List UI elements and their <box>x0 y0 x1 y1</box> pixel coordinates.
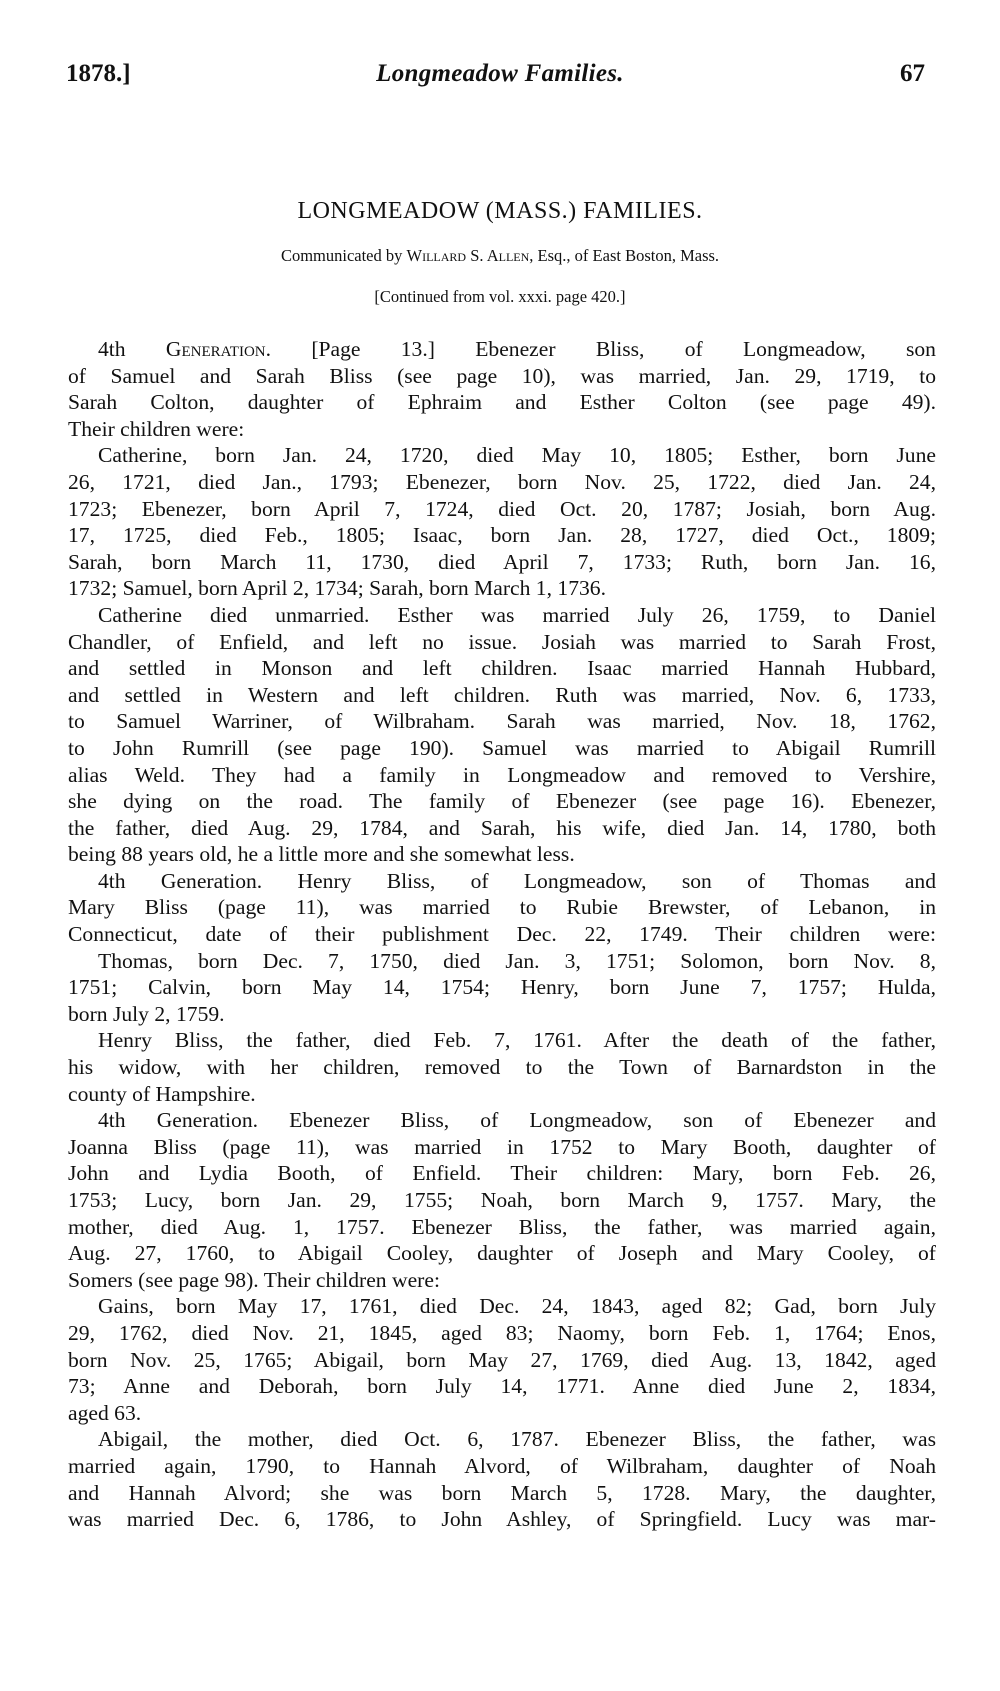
continued-note: [Continued from vol. xxxi. page 420.] <box>0 287 1000 307</box>
text-line: 29, 1762, died Nov. 21, 1845, aged 83; N… <box>68 1320 936 1347</box>
text-line: she dying on the road. The family of Ebe… <box>68 788 936 815</box>
text-line: Abigail, the mother, died Oct. 6, 1787. … <box>68 1426 936 1453</box>
text-line: Gains, born May 17, 1761, died Dec. 24, … <box>68 1293 936 1320</box>
text-line: born July 2, 1759. <box>68 1001 936 1028</box>
text-line: alias Weld. They had a family in Longmea… <box>68 762 936 789</box>
text-line: 1753; Lucy, born Jan. 29, 1755; Noah, bo… <box>68 1187 936 1214</box>
text-line: Mary Bliss (page 11), was married to Rub… <box>68 894 936 921</box>
byline-author: Willard S. Allen <box>407 246 530 265</box>
byline-suffix: , Esq., of East Boston, Mass. <box>529 246 719 265</box>
text-line: 73; Anne and Deborah, born July 14, 1771… <box>68 1373 936 1400</box>
text-line: 4th Generation. Ebenezer Bliss, of Longm… <box>68 1107 936 1134</box>
text-line: 17, 1725, died Feb., 1805; Isaac, born J… <box>68 522 936 549</box>
text-line: the father, died Aug. 29, 1784, and Sara… <box>68 815 936 842</box>
text-line: Catherine died unmarried. Esther was mar… <box>68 602 936 629</box>
article-title: LONGMEADOW (MASS.) FAMILIES. <box>0 198 1000 225</box>
article-body: 4th Generation. [Page 13.] Ebenezer Blis… <box>68 336 936 1533</box>
text-line: Sarah Colton, daughter of Ephraim and Es… <box>68 389 936 416</box>
text-line: John and Lydia Booth, of Enfield. Their … <box>68 1160 936 1187</box>
page-number: 67 <box>900 60 925 88</box>
text-line: his widow, with her children, removed to… <box>68 1054 936 1081</box>
text-line: 26, 1721, died Jan., 1793; Ebenezer, bor… <box>68 469 936 496</box>
text-line: mother, died Aug. 1, 1757. Ebenezer Blis… <box>68 1214 936 1241</box>
text-line: Their children were: <box>68 416 936 443</box>
text-line: 4th Generation. [Page 13.] Ebenezer Blis… <box>68 336 936 363</box>
text-line: Sarah, born March 11, 1730, died April 7… <box>68 549 936 576</box>
text-line: and settled in Western and left children… <box>68 682 936 709</box>
text-line: Aug. 27, 1760, to Abigail Cooley, daught… <box>68 1240 936 1267</box>
text-line: and settled in Monson and left children.… <box>68 655 936 682</box>
text-line: to Samuel Warriner, of Wilbraham. Sarah … <box>68 708 936 735</box>
running-head-title: Longmeadow Families. <box>0 60 1000 88</box>
text-line: 1732; Samuel, born April 2, 1734; Sarah,… <box>68 575 936 602</box>
running-head: 1878.] Longmeadow Families. 67 <box>0 60 1000 96</box>
text-line: Thomas, born Dec. 7, 1750, died Jan. 3, … <box>68 948 936 975</box>
byline-prefix: Communicated by <box>281 246 402 265</box>
text-line: married again, 1790, to Hannah Alvord, o… <box>68 1453 936 1480</box>
text-line: to John Rumrill (see page 190). Samuel w… <box>68 735 936 762</box>
text-line: Joanna Bliss (page 11), was married in 1… <box>68 1134 936 1161</box>
text-line: Connecticut, date of their publishment D… <box>68 921 936 948</box>
text-line: of Samuel and Sarah Bliss (see page 10),… <box>68 363 936 390</box>
text-line: Chandler, of Enfield, and left no issue.… <box>68 629 936 656</box>
text-line: county of Hampshire. <box>68 1081 936 1108</box>
text-line: born Nov. 25, 1765; Abigail, born May 27… <box>68 1347 936 1374</box>
text-line: Catherine, born Jan. 24, 1720, died May … <box>68 442 936 469</box>
text-line: and Hannah Alvord; she was born March 5,… <box>68 1480 936 1507</box>
text-line: Somers (see page 98). Their children wer… <box>68 1267 936 1294</box>
text-line: aged 63. <box>68 1400 936 1427</box>
text-line: 1723; Ebenezer, born April 7, 1724, died… <box>68 496 936 523</box>
text-line: was married Dec. 6, 1786, to John Ashley… <box>68 1506 936 1533</box>
text-line: 1751; Calvin, born May 14, 1754; Henry, … <box>68 974 936 1001</box>
article-byline: Communicated by Willard S. Allen, Esq., … <box>0 246 1000 266</box>
text-line: 4th Generation. Henry Bliss, of Longmead… <box>68 868 936 895</box>
text-line: Henry Bliss, the father, died Feb. 7, 17… <box>68 1027 936 1054</box>
text-line: being 88 years old, he a little more and… <box>68 841 936 868</box>
